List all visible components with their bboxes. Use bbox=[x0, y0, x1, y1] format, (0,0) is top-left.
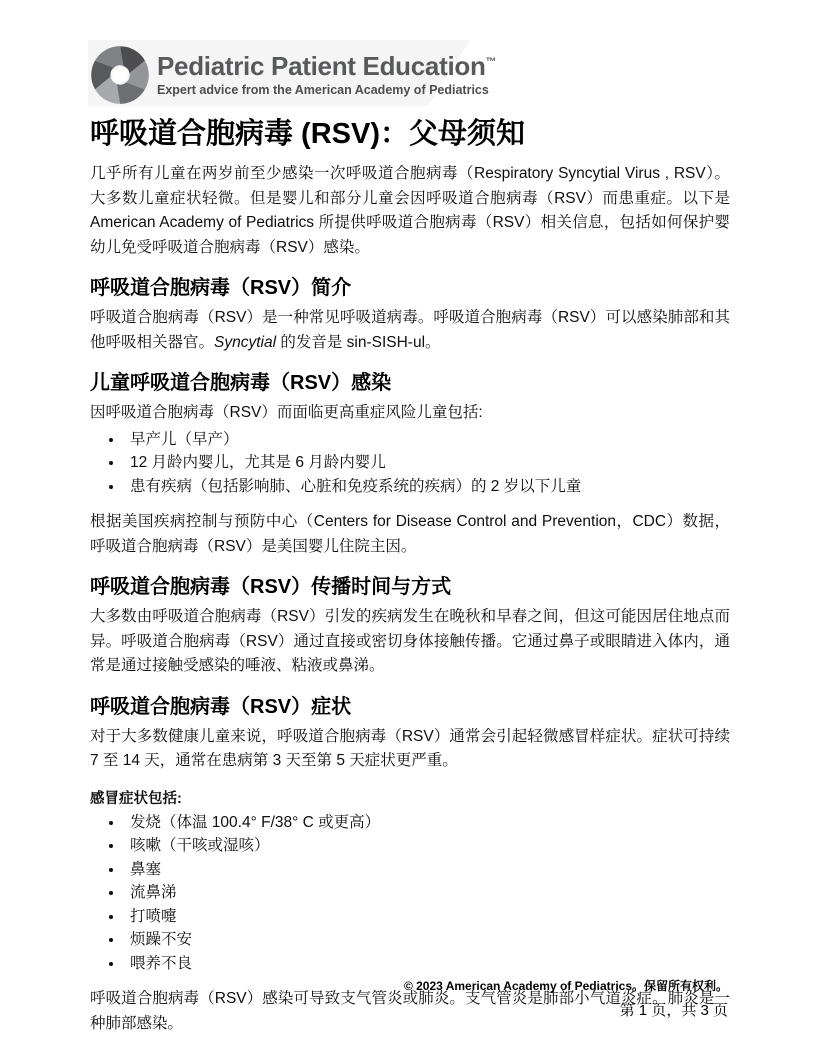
footer: © 2023 American Academy of Pediatrics。保留… bbox=[404, 977, 728, 1020]
intro-paragraph: 几乎所有儿童在两岁前至少感染一次呼吸道合胞病毒（Respiratory Sync… bbox=[90, 162, 730, 260]
list-item: 咳嗽（干咳或湿咳） bbox=[124, 834, 730, 858]
document-page: Pediatric Patient Education™ Expert advi… bbox=[0, 0, 816, 1056]
copyright-text: © 2023 American Academy of Pediatrics。保留… bbox=[404, 977, 728, 994]
logo-text-block: Pediatric Patient Education™ Expert advi… bbox=[157, 53, 496, 96]
cdc-paragraph: 根据美国疾病控制与预防中心（Centers for Disease Contro… bbox=[90, 510, 730, 559]
page-number-text: 第 1 页，共 3 页 bbox=[404, 999, 728, 1020]
cold-symptoms-subheading: 感冒症状包括: bbox=[90, 787, 730, 808]
document-content: Pediatric Patient Education™ Expert advi… bbox=[90, 44, 730, 1046]
section-heading-about: 呼吸道合胞病毒（RSV）简介 bbox=[90, 275, 730, 301]
section-heading-symptoms: 呼吸道合胞病毒（RSV）症状 bbox=[90, 694, 730, 720]
section-spread: 呼吸道合胞病毒（RSV）传播时间与方式 大多数由呼吸道合胞病毒（RSV）引发的疾… bbox=[90, 574, 730, 679]
trademark-symbol: ™ bbox=[486, 56, 497, 68]
list-item: 喂养不良 bbox=[124, 952, 730, 976]
list-item: 早产儿（早产） bbox=[124, 428, 730, 452]
section-heading-infection: 儿童呼吸道合胞病毒（RSV）感染 bbox=[90, 370, 730, 396]
brand-tagline: Expert advice from the American Academy … bbox=[157, 83, 496, 97]
infection-lead: 因呼吸道合胞病毒（RSV）而面临更高重症风险儿童包括: bbox=[90, 401, 730, 426]
list-item: 12 月龄内婴儿，尤其是 6 月龄内婴儿 bbox=[124, 451, 730, 475]
list-item: 流鼻涕 bbox=[124, 881, 730, 905]
risk-group-list: 早产儿（早产） 12 月龄内婴儿，尤其是 6 月龄内婴儿 患有疾病（包括影响肺、… bbox=[90, 428, 730, 499]
brand-wordmark: Pediatric Patient Education™ bbox=[157, 53, 496, 80]
page-title: 呼吸道合胞病毒 (RSV)：父母须知 bbox=[90, 116, 730, 152]
spread-paragraph: 大多数由呼吸道合胞病毒（RSV）引发的疾病发生在晚秋和早春之间，但这可能因居住地… bbox=[90, 605, 730, 679]
list-item: 发烧（体温 100.4° F/38° C 或更高） bbox=[124, 811, 730, 835]
list-item: 烦躁不安 bbox=[124, 928, 730, 952]
symptom-list: 发烧（体温 100.4° F/38° C 或更高） 咳嗽（干咳或湿咳） 鼻塞 流… bbox=[90, 811, 730, 976]
list-item: 打喷嚏 bbox=[124, 905, 730, 929]
section-heading-spread: 呼吸道合胞病毒（RSV）传播时间与方式 bbox=[90, 574, 730, 600]
about-text-tail: 的发音是 sin-SISH-ul。 bbox=[276, 334, 441, 351]
aap-logo: Pediatric Patient Education™ Expert advi… bbox=[90, 44, 730, 106]
about-italic-term: Syncytial bbox=[214, 334, 276, 351]
section-about: 呼吸道合胞病毒（RSV）简介 呼吸道合胞病毒（RSV）是一种常见呼吸道病毒。呼吸… bbox=[90, 275, 730, 355]
symptoms-paragraph: 对于大多数健康儿童来说，呼吸道合胞病毒（RSV）通常会引起轻微感冒样症状。症状可… bbox=[90, 725, 730, 774]
aperture-logo-icon bbox=[90, 45, 150, 105]
list-item: 患有疾病（包括影响肺、心脏和免疫系统的疾病）的 2 岁以下儿童 bbox=[124, 475, 730, 499]
about-paragraph: 呼吸道合胞病毒（RSV）是一种常见呼吸道病毒。呼吸道合胞病毒（RSV）可以感染肺… bbox=[90, 306, 730, 355]
brand-name: Pediatric Patient Education bbox=[157, 51, 486, 81]
section-infection: 儿童呼吸道合胞病毒（RSV）感染 因呼吸道合胞病毒（RSV）而面临更高重症风险儿… bbox=[90, 370, 730, 559]
list-item: 鼻塞 bbox=[124, 858, 730, 882]
